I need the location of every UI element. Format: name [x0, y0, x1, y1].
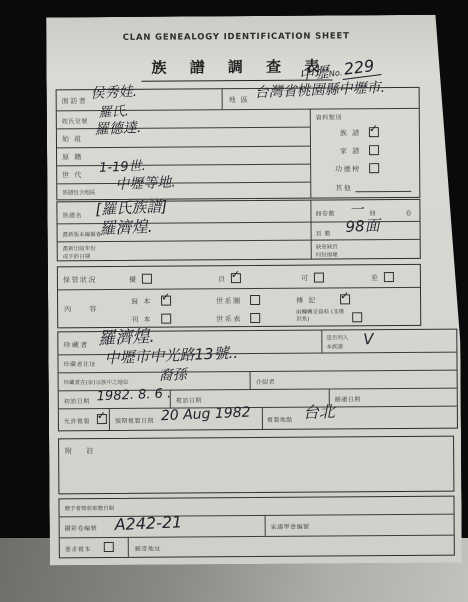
surname-hall-value: 羅氏. [98, 105, 129, 119]
surname-hall-label: 姓氏堂號 [62, 116, 88, 125]
genealogy-form-paper: CLAN GENEALOGY IDENTIFICATION SHEET 族 譜 … [46, 15, 462, 566]
divider [59, 406, 457, 410]
data-category-label: 資料類別 [316, 112, 342, 121]
grade-excellent-label: 優 [129, 275, 138, 285]
mailing-address-label: 郵寄地址 [135, 544, 161, 553]
divider [59, 370, 457, 374]
content-printed-label: 刊 本 [131, 315, 152, 325]
grade-fair-checkbox [314, 273, 324, 283]
owner-value: 羅濟煌. [98, 329, 155, 348]
divider [57, 182, 310, 185]
copy-date-value: 20 Aug 1982 [161, 405, 251, 423]
owner-clan-position-label: 珍藏者在(家)宗族中之地位 [64, 378, 129, 386]
divider [222, 89, 223, 109]
ref-number-value: 229 [341, 55, 382, 80]
film-number-label: 攝影卷編號 [65, 523, 98, 532]
grade-poor-label: 差 [371, 273, 380, 283]
volumes-unit-scroll: 卷 [405, 208, 412, 217]
first-ancestor-value: 羅德達. [95, 121, 142, 137]
content-lineage-table-label: 世系表 [216, 314, 242, 324]
divider [109, 408, 110, 430]
notes-table: 附 註 [58, 436, 454, 495]
copy-permission-checkbox: ✓ [97, 414, 107, 424]
generations-label: 世 代 [62, 170, 83, 180]
content-other-material-checkbox [352, 312, 362, 322]
category-option-genealogy-label: 族 譜 [340, 128, 361, 138]
introducer-label: 介紹者 [256, 377, 276, 386]
compiler-label: 最新版本編纂者 [63, 230, 102, 238]
checkmark: ✓ [97, 409, 106, 422]
copy-date-label: 預期複製日期 [115, 416, 154, 425]
divider [58, 239, 420, 243]
gift-date-label: 贈譜日期 [335, 394, 361, 403]
notes-label: 附 註 [65, 446, 99, 456]
listed-in-genealogy-label-line2: 本族譜 [326, 342, 343, 350]
condition-table: 保管狀況 優 良 ✓ 可 差 內 容 寫 本 ✓ 世系圖 傳 記 ✓ 刊 本 世… [57, 264, 421, 329]
category-option-merit-checkbox [369, 163, 379, 173]
copy-request-label: 要求複本 [65, 544, 91, 553]
coverage-label: 族譜包含地區 [62, 188, 95, 196]
volumes-label: 冊卷數 [315, 208, 335, 217]
owner-address-label: 珍藏者住址 [63, 359, 96, 368]
content-other-material-label: 兩欄轉妥資料 (非僅世系) [296, 309, 348, 324]
collector-table: 珍藏者 羅濟煌. 是否列入 本族譜 V 珍藏者住址 中壢市中光路13號.. 珍藏… [57, 329, 458, 432]
checkmark: ✓ [231, 268, 240, 281]
content-manuscript-checkbox: ✓ [161, 296, 171, 306]
divider [310, 109, 312, 198]
interviewer-value: 侯秀娃. [90, 85, 137, 101]
grade-poor-checkbox [384, 272, 394, 282]
divider [310, 201, 311, 259]
grade-good-label: 良 [218, 274, 227, 284]
copy-place-value: 台北 [303, 404, 336, 421]
office-use-table: 贈予者獎狀寄贈日期 攝影卷編號 A242-21 家譜學會編號 要求複本 郵寄地址 [58, 496, 454, 559]
content-biography-checkbox: ✓ [340, 294, 350, 304]
content-lineage-chart-checkbox [250, 295, 260, 305]
grade-fair-label: 可 [301, 274, 310, 284]
divider [57, 146, 310, 149]
area-label: 地 區 [229, 95, 250, 105]
generations-value: 1-19世. [99, 160, 146, 175]
listed-in-genealogy-mark: V [363, 332, 374, 347]
coverage-value: 中壢等地. [115, 175, 176, 192]
content-lineage-table-checkbox [250, 313, 260, 323]
category-option-merit-label: 功德榜 [335, 164, 361, 174]
copy-permission-label: 允許複製 [64, 416, 90, 425]
divider [128, 537, 129, 557]
content-lineage-chart-label: 世系圖 [216, 296, 242, 306]
divider [321, 331, 322, 353]
revisit-label: 複訪日期 [176, 395, 202, 404]
society-number-label: 家譜學會編號 [271, 522, 310, 531]
checkmark: ✓ [161, 291, 170, 304]
compiler-value: 羅濟煌. [99, 219, 153, 237]
first-ancestor-label: 始 祖 [62, 134, 83, 144]
pages-label: 頁 數 [316, 228, 331, 237]
category-option-genealogy-checkbox: ✓ [369, 127, 379, 137]
owner-address-value: 中壢市中光路13號.. [104, 346, 238, 367]
first-visit-label: 初訪日期 [64, 396, 90, 405]
content-label: 內 容 [64, 304, 104, 314]
award-date-label: 贈予者獎狀寄贈日期 [64, 504, 114, 512]
divider [58, 287, 420, 291]
handcopy-date-label: 或手鈔日期 [63, 252, 91, 260]
english-title: CLAN GENEALOGY IDENTIFICATION SHEET [46, 31, 426, 44]
content-printed-checkbox [161, 314, 171, 324]
damage-label: 何份損壞 [316, 250, 338, 258]
owner-label: 珍藏者 [63, 340, 89, 350]
basic-info-table: 面訪者 侯秀娃. 地 區 台灣省桃園縣中壢市. 姓氏堂號 羅氏. 始 祖 羅德達… [56, 87, 421, 201]
listed-in-genealogy-label-line1: 是否列入 [326, 333, 348, 341]
first-visit-value: 1982. 8. 6 . [96, 387, 171, 403]
origin-label: 原 籍 [62, 152, 83, 162]
copy-place-label: 複製地點 [267, 415, 293, 424]
content-biography-label: 傳 記 [296, 296, 317, 306]
divider [250, 371, 251, 389]
divider [57, 164, 310, 167]
genealogy-details-table: 族譜名 [羅氏族譜] 冊卷數 一 冊 卷 最新版本編纂者 羅濟煌. 頁 數 98… [56, 199, 420, 262]
checkmark: ✓ [369, 122, 378, 135]
publication-year-label: 最新出版年份 [63, 244, 96, 252]
film-number-value: A242-21 [114, 514, 182, 533]
content-manuscript-label: 寫 本 [131, 297, 152, 307]
grade-excellent-checkbox [142, 274, 152, 284]
category-other-label: 其他 [335, 183, 352, 193]
copy-request-checkbox [104, 542, 114, 552]
grade-good-checkbox: ✓ [231, 273, 241, 283]
checkmark: ✓ [340, 289, 349, 302]
divider [262, 407, 263, 429]
missing-volumes-label: 缺卷缺頁 [316, 242, 338, 250]
condition-label: 保管狀況 [63, 275, 97, 285]
divider [265, 515, 266, 536]
category-option-family-checkbox [369, 145, 379, 155]
volumes-value: 一 [349, 203, 364, 218]
interviewer-label: 面訪者 [62, 96, 88, 106]
category-option-family-label: 家 譜 [340, 146, 361, 156]
scanned-photo: CLAN GENEALOGY IDENTIFICATION SHEET 族 譜 … [0, 0, 468, 602]
area-value: 台灣省桃園縣中壢市. [254, 81, 385, 100]
owner-clan-position-value: 裔孫 [158, 368, 187, 383]
genealogy-name-label: 族譜名 [62, 210, 82, 219]
genealogy-name-value: [羅氏族譜] [95, 199, 167, 217]
pages-value: 98面 [345, 219, 380, 235]
divider [60, 535, 454, 539]
other-blank-line [355, 191, 411, 192]
